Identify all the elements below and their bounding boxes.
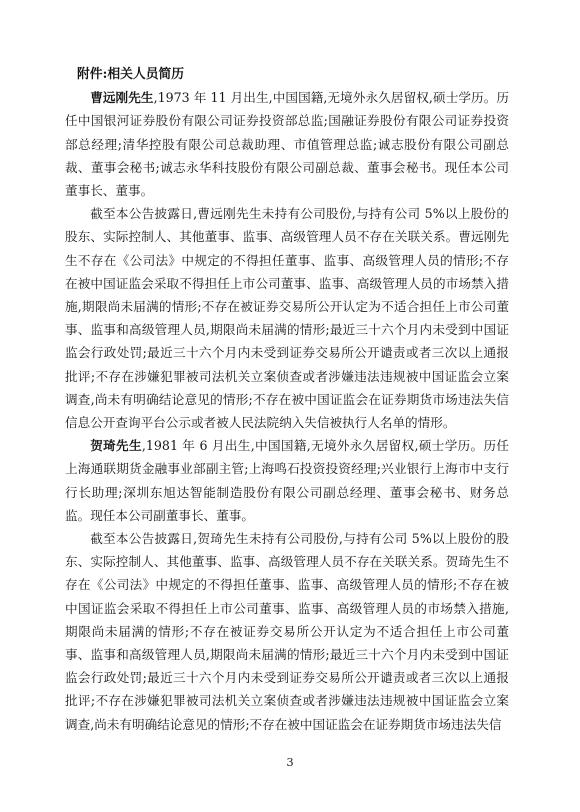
paragraph-cao-disclosure-text: 截至本公告披露日,曹远刚先生未持有公司股份,与持有公司 5%以上股份的股东、实际… <box>65 206 509 430</box>
paragraph-cao-bio: 曹远刚先生,1973 年 11 月出生,中国国籍,无境外永久居留权,硕士学历。历… <box>65 86 509 202</box>
paragraph-he-disclosure: 截至本公告披露日,贺琦先生未持有公司股份,与持有公司 5%以上股份的股东、实际控… <box>65 527 509 736</box>
person-name-he: 贺琦先生 <box>90 438 142 453</box>
paragraph-he-bio: 贺琦先生,1981 年 6 月出生,中国国籍,无境外永久居留权,硕士学历。历任上… <box>65 434 509 527</box>
paragraph-cao-disclosure: 截至本公告披露日,曹远刚先生未持有公司股份,与持有公司 5%以上股份的股东、实际… <box>65 202 509 434</box>
page-number: 3 <box>286 755 293 769</box>
document-body: 附件:相关人员简历 曹远刚先生,1973 年 11 月出生,中国国籍,无境外永久… <box>65 63 509 736</box>
paragraph-cao-bio-text: ,1973 年 11 月出生,中国国籍,无境外永久居留权,硕士学历。历任中国银河… <box>65 90 509 198</box>
paragraph-he-disclosure-text: 截至本公告披露日,贺琦先生未持有公司股份,与持有公司 5%以上股份的股东、实际控… <box>65 531 509 732</box>
page-footer: 3 <box>0 754 580 770</box>
document-page: 附件:相关人员简历 曹远刚先生,1973 年 11 月出生,中国国籍,无境外永久… <box>0 0 580 812</box>
person-name-cao: 曹远刚先生 <box>90 90 153 105</box>
attachment-title: 附件:相关人员简历 <box>65 63 509 86</box>
